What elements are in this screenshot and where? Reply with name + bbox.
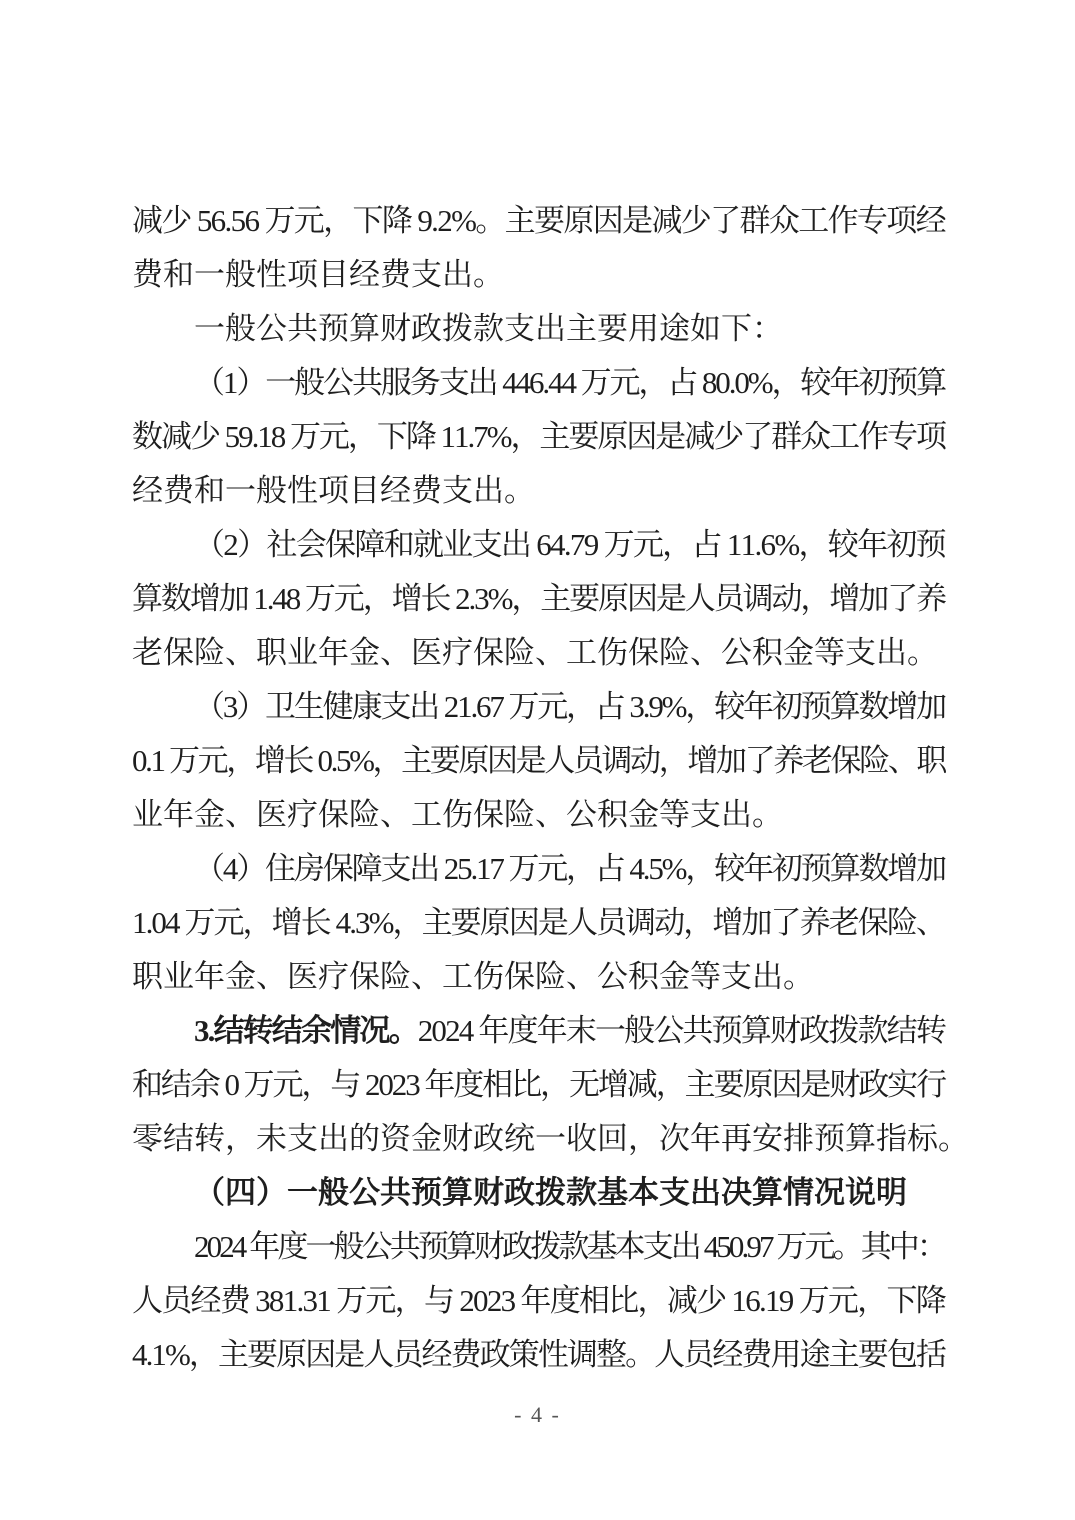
line-content: 数减少 59.18 万元，下降 11.7%，主要原因是减少了群众工作专项 xyxy=(132,419,945,454)
text-line: 业年金、医疗保险、工伤保险、公积金等支出。 xyxy=(132,788,945,842)
document-page: 减少 56.56 万元，下降 9.2%。主要原因是减少了群众工作专项经费和一般性… xyxy=(0,0,1075,1520)
text-segment: （1）一般公共服务支出 446.44 万元，占 80.0%，较年初预算 xyxy=(194,365,945,400)
text-line: 一般公共预算财政拨款支出主要用途如下： xyxy=(132,302,945,356)
line-content: 算数增加 1.48 万元，增长 2.3%，主要原因是人员调动，增加了养 xyxy=(132,581,945,616)
line-content: （1）一般公共服务支出 446.44 万元，占 80.0%，较年初预算 xyxy=(194,365,945,400)
text-segment: 数减少 59.18 万元，下降 11.7%，主要原因是减少了群众工作专项 xyxy=(132,419,945,454)
text-line: （四）一般公共预算财政拨款基本支出决算情况说明 xyxy=(132,1166,945,1220)
text-segment: 减少 56.56 万元，下降 9.2%。主要原因是减少了群众工作专项经 xyxy=(132,203,945,238)
line-content: 1.04 万元，增长 4.3%，主要原因是人员调动，增加了养老保险、 xyxy=(132,905,945,940)
text-segment: 4.1%，主要原因是人员经费政策性调整。人员经费用途主要包括 xyxy=(132,1337,945,1372)
text-line: 零结转，未支出的资金财政统一收回，次年再安排预算指标。 xyxy=(132,1112,945,1166)
line-content: （四）一般公共预算财政拨款基本支出决算情况说明 xyxy=(194,1175,907,1210)
text-line: 人员经费 381.31 万元，与 2023 年度相比，减少 16.19 万元，下… xyxy=(132,1274,945,1328)
line-content: 一般公共预算财政拨款支出主要用途如下： xyxy=(194,311,783,346)
line-content: 减少 56.56 万元，下降 9.2%。主要原因是减少了群众工作专项经 xyxy=(132,203,945,238)
text-line: 职业年金、医疗保险、工伤保险、公积金等支出。 xyxy=(132,950,945,1004)
text-line: 费和一般性项目经费支出。 xyxy=(132,248,945,302)
line-content: 人员经费 381.31 万元，与 2023 年度相比，减少 16.19 万元，下… xyxy=(132,1283,945,1318)
text-segment: （4）住房保障支出 25.17 万元，占 4.5%，较年初预算数增加 xyxy=(194,851,945,886)
line-content: 经费和一般性项目经费支出。 xyxy=(132,473,535,508)
text-segment: （3）卫生健康支出 21.67 万元，占 3.9%，较年初预算数增加 xyxy=(194,689,945,724)
text-segment: 1.04 万元，增长 4.3%，主要原因是人员调动，增加了养老保险、 xyxy=(132,905,945,940)
text-segment: 和结余 0 万元，与 2023 年度相比，无增减，主要原因是财政实行 xyxy=(132,1067,945,1102)
text-line: 2024 年度一般公共预算财政拨款基本支出 450.97 万元。其中： xyxy=(132,1220,945,1274)
text-line: （4）住房保障支出 25.17 万元，占 4.5%，较年初预算数增加 xyxy=(132,842,945,896)
document-body: 减少 56.56 万元，下降 9.2%。主要原因是减少了群众工作专项经费和一般性… xyxy=(132,194,945,1382)
text-segment: （2）社会保障和就业支出 64.79 万元，占 11.6%，较年初预 xyxy=(194,527,945,562)
line-content: 4.1%，主要原因是人员经费政策性调整。人员经费用途主要包括 xyxy=(132,1337,945,1372)
text-segment: 一般公共预算财政拨款支出主要用途如下： xyxy=(194,311,783,346)
text-line: 1.04 万元，增长 4.3%，主要原因是人员调动，增加了养老保险、 xyxy=(132,896,945,950)
line-content: 职业年金、医疗保险、工伤保险、公积金等支出。 xyxy=(132,959,814,994)
text-line: 和结余 0 万元，与 2023 年度相比，无增减，主要原因是财政实行 xyxy=(132,1058,945,1112)
text-segment: 职业年金、医疗保险、工伤保险、公积金等支出。 xyxy=(132,959,814,994)
text-segment: 0.1 万元，增长 0.5%，主要原因是人员调动，增加了养老保险、职 xyxy=(132,743,945,778)
line-content: 2024 年度一般公共预算财政拨款基本支出 450.97 万元。其中： xyxy=(194,1229,945,1264)
text-line: （1）一般公共服务支出 446.44 万元，占 80.0%，较年初预算 xyxy=(132,356,945,410)
line-content: 费和一般性项目经费支出。 xyxy=(132,257,504,292)
line-content: 0.1 万元，增长 0.5%，主要原因是人员调动，增加了养老保险、职 xyxy=(132,743,945,778)
text-line: （3）卫生健康支出 21.67 万元，占 3.9%，较年初预算数增加 xyxy=(132,680,945,734)
text-segment: 费和一般性项目经费支出。 xyxy=(132,257,504,292)
line-content: （3）卫生健康支出 21.67 万元，占 3.9%，较年初预算数增加 xyxy=(194,689,945,724)
line-content: 业年金、医疗保险、工伤保险、公积金等支出。 xyxy=(132,797,783,832)
text-line: 经费和一般性项目经费支出。 xyxy=(132,464,945,518)
text-segment: 2024 年度年末一般公共预算财政拨款结转 xyxy=(418,1013,945,1048)
text-segment: 老保险、职业年金、医疗保险、工伤保险、公积金等支出。 xyxy=(132,635,938,670)
text-segment: 人员经费 381.31 万元，与 2023 年度相比，减少 16.19 万元，下… xyxy=(132,1283,945,1318)
line-content: （2）社会保障和就业支出 64.79 万元，占 11.6%，较年初预 xyxy=(194,527,945,562)
page-number: - 4 - xyxy=(0,1402,1075,1428)
line-content: 零结转，未支出的资金财政统一收回，次年再安排预算指标。 xyxy=(132,1121,969,1156)
text-line: 0.1 万元，增长 0.5%，主要原因是人员调动，增加了养老保险、职 xyxy=(132,734,945,788)
text-line: 老保险、职业年金、医疗保险、工伤保险、公积金等支出。 xyxy=(132,626,945,680)
bold-text-segment: （四）一般公共预算财政拨款基本支出决算情况说明 xyxy=(194,1175,907,1210)
text-segment: 业年金、医疗保险、工伤保险、公积金等支出。 xyxy=(132,797,783,832)
line-content: 3.结转结余情况。2024 年度年末一般公共预算财政拨款结转 xyxy=(194,1013,945,1048)
text-line: 3.结转结余情况。2024 年度年末一般公共预算财政拨款结转 xyxy=(132,1004,945,1058)
text-line: 减少 56.56 万元，下降 9.2%。主要原因是减少了群众工作专项经 xyxy=(132,194,945,248)
text-line: 数减少 59.18 万元，下降 11.7%，主要原因是减少了群众工作专项 xyxy=(132,410,945,464)
line-content: （4）住房保障支出 25.17 万元，占 4.5%，较年初预算数增加 xyxy=(194,851,945,886)
text-line: 算数增加 1.48 万元，增长 2.3%，主要原因是人员调动，增加了养 xyxy=(132,572,945,626)
bold-text-segment: 3.结转结余情况。 xyxy=(194,1013,418,1048)
text-line: （2）社会保障和就业支出 64.79 万元，占 11.6%，较年初预 xyxy=(132,518,945,572)
text-segment: 零结转，未支出的资金财政统一收回，次年再安排预算指标。 xyxy=(132,1121,969,1156)
text-segment: 2024 年度一般公共预算财政拨款基本支出 450.97 万元。其中： xyxy=(194,1229,945,1264)
line-content: 和结余 0 万元，与 2023 年度相比，无增减，主要原因是财政实行 xyxy=(132,1067,945,1102)
line-content: 老保险、职业年金、医疗保险、工伤保险、公积金等支出。 xyxy=(132,635,938,670)
text-line: 4.1%，主要原因是人员经费政策性调整。人员经费用途主要包括 xyxy=(132,1328,945,1382)
text-segment: 经费和一般性项目经费支出。 xyxy=(132,473,535,508)
text-segment: 算数增加 1.48 万元，增长 2.3%，主要原因是人员调动，增加了养 xyxy=(132,581,945,616)
